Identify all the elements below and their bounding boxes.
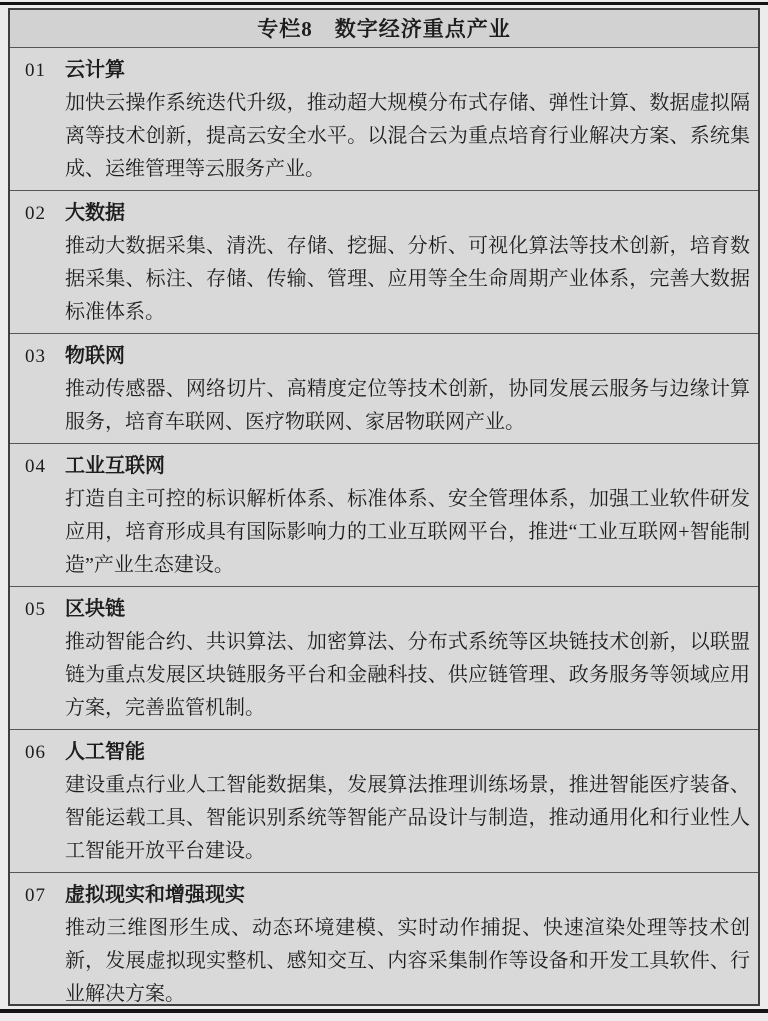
industry-section-iot: 03 物联网 推动传感器、网络切片、高精度定位等技术创新，协同发展云服务与边缘计…	[10, 333, 758, 443]
box-title: 专栏8 数字经济重点产业	[257, 17, 511, 41]
industry-section-blockchain: 05 区块链 推动智能合约、共识算法、加密算法、分布式系统等区块链技术创新，以联…	[10, 586, 758, 729]
section-content: 区块链 推动智能合约、共识算法、加密算法、分布式系统等区块链技术创新，以联盟链为…	[65, 591, 750, 725]
section-title: 区块链	[65, 591, 750, 626]
industry-section-vr-ar: 07 虚拟现实和增强现实 推动三维图形生成、动态环境建模、实时动作捕捉、快速渲染…	[10, 872, 758, 1006]
section-body: 打造自主可控的标识解析体系、标准体系、安全管理体系，加强工业软件研发应用，培育形…	[65, 483, 750, 582]
section-body: 推动大数据采集、清洗、存储、挖掘、分析、可视化算法等技术创新，培育数据采集、标注…	[65, 230, 750, 329]
section-title: 工业互联网	[65, 448, 750, 483]
industry-section-ai: 06 人工智能 建设重点行业人工智能数据集，发展算法推理训练场景，推进智能医疗装…	[10, 729, 758, 872]
section-title: 大数据	[65, 195, 750, 230]
industry-section-industrial-internet: 04 工业互联网 打造自主可控的标识解析体系、标准体系、安全管理体系，加强工业软…	[10, 443, 758, 586]
section-number: 06	[25, 734, 65, 769]
page-top-rule	[0, 2, 768, 5]
section-content: 大数据 推动大数据采集、清洗、存储、挖掘、分析、可视化算法等技术创新，培育数据采…	[65, 195, 750, 329]
section-content: 人工智能 建设重点行业人工智能数据集，发展算法推理训练场景，推进智能医疗装备、智…	[65, 734, 750, 868]
section-title: 人工智能	[65, 734, 750, 769]
box-header: 专栏8 数字经济重点产业	[10, 10, 758, 48]
section-title: 云计算	[65, 52, 750, 87]
section-body: 推动传感器、网络切片、高精度定位等技术创新，协同发展云服务与边缘计算服务，培育车…	[65, 373, 750, 439]
section-content: 工业互联网 打造自主可控的标识解析体系、标准体系、安全管理体系，加强工业软件研发…	[65, 448, 750, 582]
page-bottom-rule	[0, 1009, 768, 1013]
section-number: 07	[25, 877, 65, 912]
section-body: 推动智能合约、共识算法、加密算法、分布式系统等区块链技术创新，以联盟链为重点发展…	[65, 626, 750, 725]
section-number: 01	[25, 52, 65, 87]
section-number: 04	[25, 448, 65, 483]
section-content: 物联网 推动传感器、网络切片、高精度定位等技术创新，协同发展云服务与边缘计算服务…	[65, 338, 750, 439]
section-content: 云计算 加快云操作系统迭代升级，推动超大规模分布式存储、弹性计算、数据虚拟隔离等…	[65, 52, 750, 186]
section-title: 物联网	[65, 338, 750, 373]
digital-economy-box: 专栏8 数字经济重点产业 01 云计算 加快云操作系统迭代升级，推动超大规模分布…	[8, 8, 760, 1006]
scanned-document-page: { "colors": { "page_bg": "#ececec", "pan…	[0, 0, 768, 1021]
section-number: 03	[25, 338, 65, 373]
section-title: 虚拟现实和增强现实	[65, 877, 750, 912]
section-list: 01 云计算 加快云操作系统迭代升级，推动超大规模分布式存储、弹性计算、数据虚拟…	[10, 48, 758, 1006]
industry-section-cloud-computing: 01 云计算 加快云操作系统迭代升级，推动超大规模分布式存储、弹性计算、数据虚拟…	[10, 48, 758, 190]
section-body: 加快云操作系统迭代升级，推动超大规模分布式存储、弹性计算、数据虚拟隔离等技术创新…	[65, 87, 750, 186]
section-body: 建设重点行业人工智能数据集，发展算法推理训练场景，推进智能医疗装备、智能运载工具…	[65, 769, 750, 868]
industry-section-big-data: 02 大数据 推动大数据采集、清洗、存储、挖掘、分析、可视化算法等技术创新，培育…	[10, 190, 758, 333]
section-number: 05	[25, 591, 65, 626]
section-number: 02	[25, 195, 65, 230]
section-body: 推动三维图形生成、动态环境建模、实时动作捕捉、快速渲染处理等技术创新，发展虚拟现…	[65, 912, 750, 1006]
section-content: 虚拟现实和增强现实 推动三维图形生成、动态环境建模、实时动作捕捉、快速渲染处理等…	[65, 877, 750, 1006]
